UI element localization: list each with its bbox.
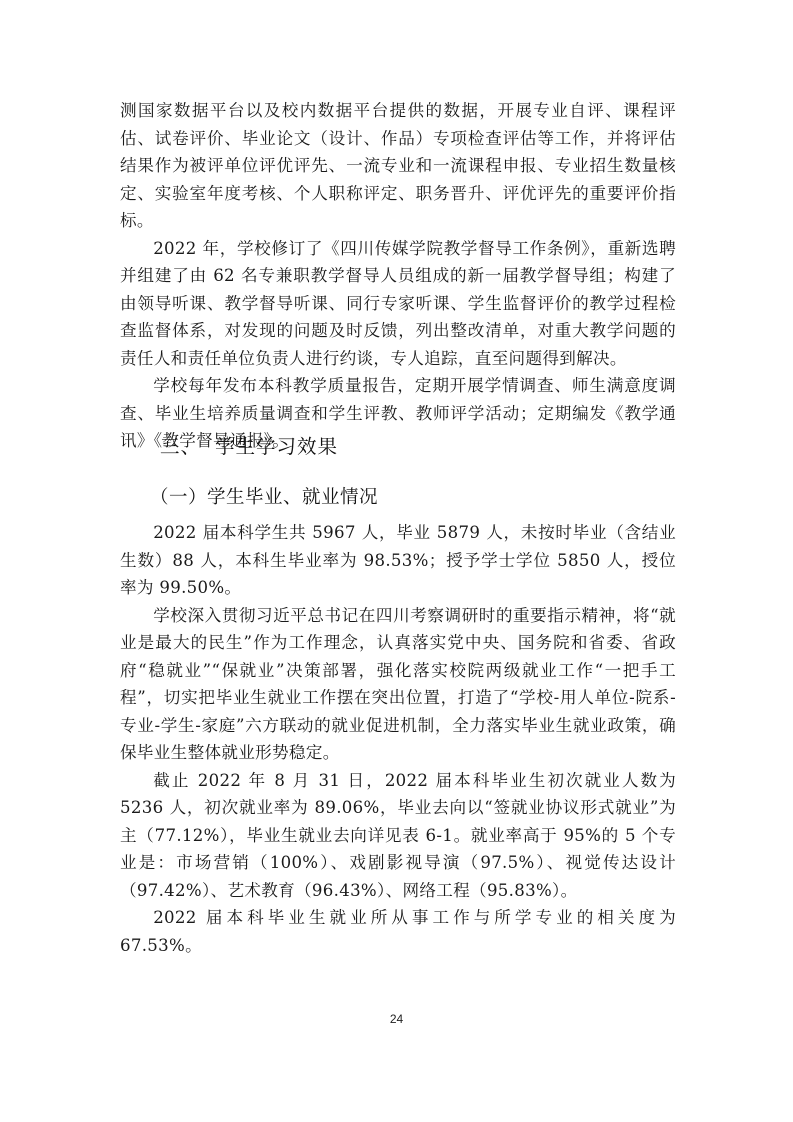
section-heading: 三、学生学习效果 (160, 432, 338, 462)
paragraph: 2022 年，学校修订了《四川传媒学院教学督导工作条例》，重新选聘并组建了由 6… (120, 235, 676, 373)
subsection-heading: （一）学生毕业、就业情况 (150, 484, 378, 512)
paragraph: 学校深入贯彻习近平总书记在四川考察调研时的重要指示精神，将“就业是最大的民生”作… (120, 602, 676, 767)
document-page: 测国家数据平台以及校内数据平台提供的数据，开展专业自评、课程评估、试卷评价、毕业… (0, 0, 793, 1122)
paragraph: 测国家数据平台以及校内数据平台提供的数据，开展专业自评、课程评估、试卷评价、毕业… (120, 97, 676, 235)
paragraph: 2022 届本科学生共 5967 人，毕业 5879 人，未按时毕业（含结业生数… (120, 519, 676, 602)
paragraph: 截止 2022 年 8 月 31 日，2022 届本科毕业生初次就业人数为 52… (120, 767, 676, 905)
page-number: 24 (0, 1012, 793, 1026)
paragraph: 2022 届本科毕业生就业所从事工作与所学专业的相关度为 67.53%。 (120, 904, 676, 959)
section-title: 学生学习效果 (215, 435, 338, 458)
body-section-graduation-employment: 2022 届本科学生共 5967 人，毕业 5879 人，未按时毕业（含结业生数… (120, 519, 676, 959)
body-section-quality-monitoring: 测国家数据平台以及校内数据平台提供的数据，开展专业自评、课程评估、试卷评价、毕业… (120, 97, 676, 455)
section-number: 三、 (160, 435, 201, 458)
